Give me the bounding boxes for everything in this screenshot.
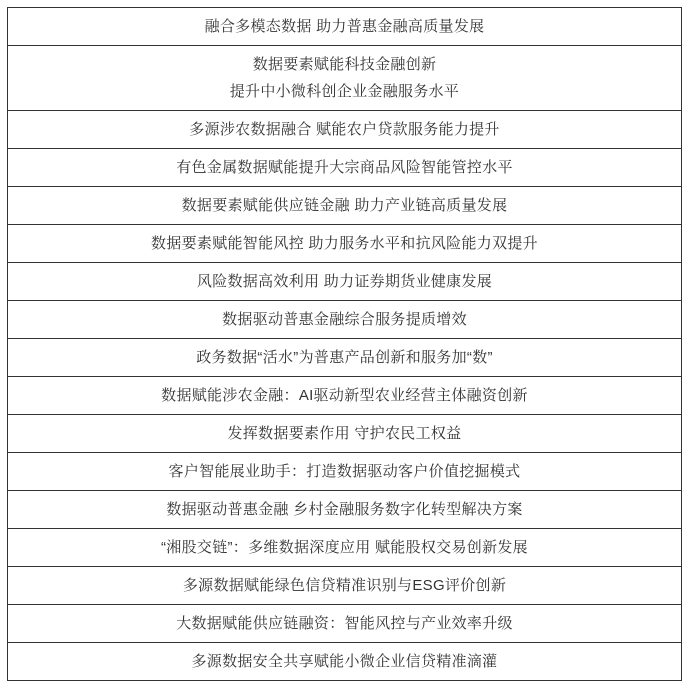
table-row: 多源涉农数据融合 赋能农户贷款服务能力提升 <box>8 110 681 148</box>
row-title-line: 多源涉农数据融合 赋能农户贷款服务能力提升 <box>189 116 499 143</box>
table-row: 数据要素赋能智能风控 助力服务水平和抗风险能力双提升 <box>8 224 681 262</box>
row-title-line: 数据要素赋能智能风控 助力服务水平和抗风险能力双提升 <box>151 230 538 257</box>
row-title-line: 数据赋能涉农金融：AI驱动新型农业经营主体融资创新 <box>161 382 528 409</box>
row-title-line: 多源数据安全共享赋能小微企业信贷精准滴灌 <box>191 648 497 675</box>
table-row: 数据要素赋能供应链金融 助力产业链高质量发展 <box>8 186 681 224</box>
row-title-line: 政务数据“活水”为普惠产品创新和服务加“数” <box>196 344 493 371</box>
row-title-line: 风险数据高效利用 助力证券期货业健康发展 <box>197 268 492 295</box>
row-title-line: 发挥数据要素作用 守护农民工权益 <box>228 420 462 447</box>
row-title-line: 有色金属数据赋能提升大宗商品风险智能管控水平 <box>176 154 513 181</box>
table-row: “湘股交链”：多维数据深度应用 赋能股权交易创新发展 <box>8 528 681 566</box>
row-title-line: 大数据赋能供应链融资：智能风控与产业效率升级 <box>176 610 513 637</box>
row-title-line: 提升中小微科创企业金融服务水平 <box>230 78 460 105</box>
row-title-line: 数据要素赋能科技金融创新 <box>253 51 437 78</box>
row-title-line: 数据驱动普惠金融 乡村金融服务数字化转型解决方案 <box>166 496 522 523</box>
row-title-line: 数据要素赋能供应链金融 助力产业链高质量发展 <box>182 192 508 219</box>
table-row: 政务数据“活水”为普惠产品创新和服务加“数” <box>8 338 681 376</box>
row-title-line: 客户智能展业助手：打造数据驱动客户价值挖掘模式 <box>169 458 521 485</box>
table-row: 数据驱动普惠金融综合服务提质增效 <box>8 300 681 338</box>
row-title-line: 数据驱动普惠金融综合服务提质增效 <box>222 306 467 333</box>
table-row: 数据驱动普惠金融 乡村金融服务数字化转型解决方案 <box>8 490 681 528</box>
table-row: 大数据赋能供应链融资：智能风控与产业效率升级 <box>8 604 681 642</box>
table-row: 多源数据赋能绿色信贷精准识别与ESG评价创新 <box>8 566 681 604</box>
table-row: 风险数据高效利用 助力证券期货业健康发展 <box>8 262 681 300</box>
table-row: 数据要素赋能科技金融创新提升中小微科创企业金融服务水平 <box>8 45 681 110</box>
table-row: 数据赋能涉农金融：AI驱动新型农业经营主体融资创新 <box>8 376 681 414</box>
table-row: 发挥数据要素作用 守护农民工权益 <box>8 414 681 452</box>
row-title-line: “湘股交链”：多维数据深度应用 赋能股权交易创新发展 <box>161 534 528 561</box>
row-title-line: 融合多模态数据 助力普惠金融高质量发展 <box>205 13 485 40</box>
table-row: 多源数据安全共享赋能小微企业信贷精准滴灌 <box>8 642 681 680</box>
table-row: 客户智能展业助手：打造数据驱动客户价值挖掘模式 <box>8 452 681 490</box>
table-row: 有色金属数据赋能提升大宗商品风险智能管控水平 <box>8 148 681 186</box>
row-title-line: 多源数据赋能绿色信贷精准识别与ESG评价创新 <box>183 572 506 599</box>
table-row: 融合多模态数据 助力普惠金融高质量发展 <box>8 8 681 45</box>
cases-table: 融合多模态数据 助力普惠金融高质量发展数据要素赋能科技金融创新提升中小微科创企业… <box>7 7 682 681</box>
